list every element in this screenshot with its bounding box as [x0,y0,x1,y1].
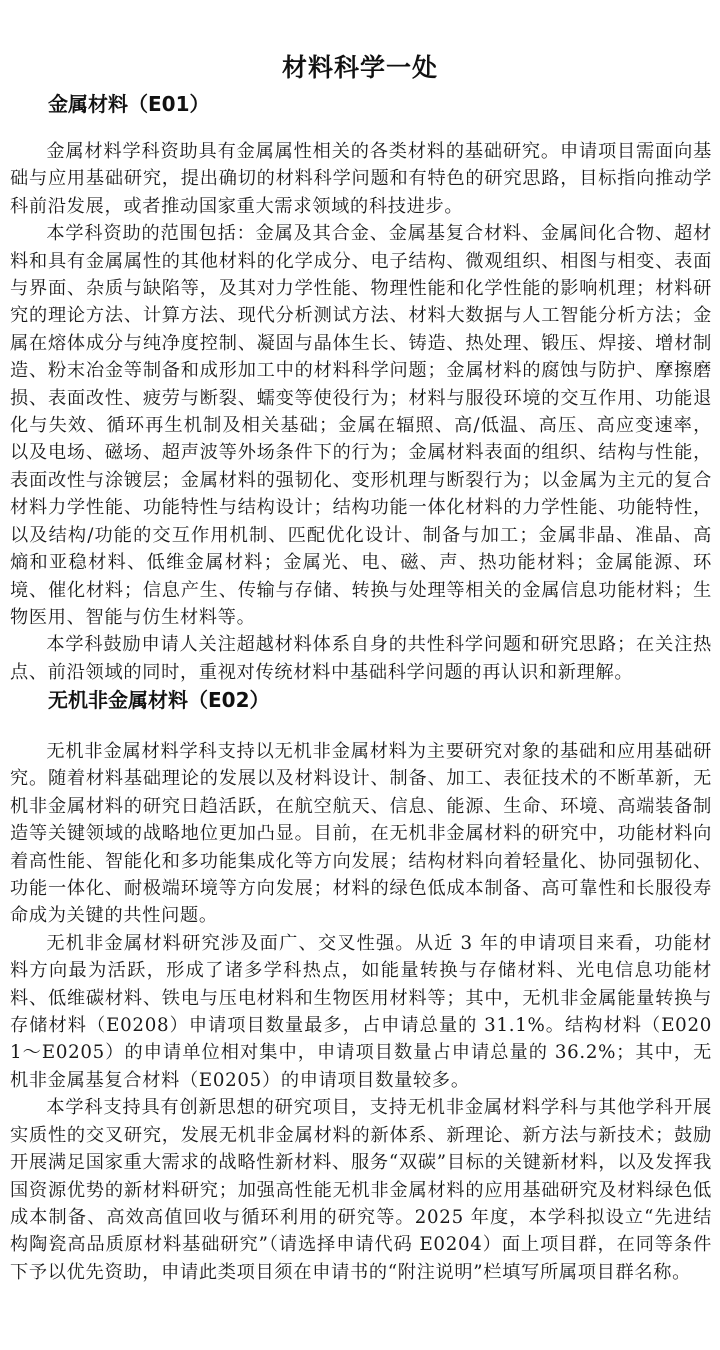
paragraph: 本学科鼓励申请人关注超越材料体系自身的共性科学问题和研究思路；在关注热点、前沿领… [10,631,712,686]
paragraph: 本学科资助的范围包括：金属及其合金、金属基复合材料、金属间化合物、超材料和具有金… [10,220,712,631]
section-heading-e01: 金属材料（E01） [48,90,210,118]
paragraph: 本学科支持具有创新思想的研究项目，支持无机非金属材料学科与其他学科开展实质性的交… [10,1094,712,1286]
paragraph: 无机非金属材料学科支持以无机非金属材料为主要研究对象的基础和应用基础研究。随着材… [10,738,712,930]
paragraph: 金属材料学科资助具有金属属性相关的各类材料的基础研究。申请项目需面向基础与应用基… [10,138,712,220]
section-body-e01: 金属材料学科资助具有金属属性相关的各类材料的基础研究。申请项目需面向基础与应用基… [10,138,712,686]
section-body-e02: 无机非金属材料学科支持以无机非金属材料为主要研究对象的基础和应用基础研究。随着材… [10,738,712,1286]
page-title: 材料科学一处 [10,51,710,85]
section-heading-e02: 无机非金属材料（E02） [48,686,270,714]
paragraph: 无机非金属材料研究涉及面广、交叉性强。从近 3 年的申请项目来看，功能材料方向最… [10,930,712,1094]
